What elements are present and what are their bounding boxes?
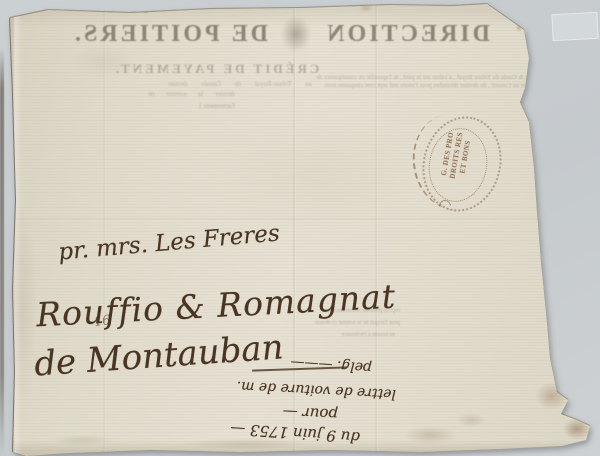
printed-dropcap: C — [550, 74, 562, 88]
photo-of-document: DIRECTION DE POITIERS. N. CRÉDIT DE PAYE… — [0, 0, 600, 456]
printed-paragraph: C omptable & Garde du Trésor Royal , à v… — [316, 74, 562, 90]
printed-table-row-3: au besoin à l'échéance — [270, 332, 395, 338]
printed-para-line1: omptable & Garde du Trésor Royal , à val… — [367, 74, 550, 81]
handwriting-number-mark: 16 — [93, 313, 111, 330]
printed-row-d: l'armement 1 — [135, 102, 235, 110]
printed-row-c: dernier la somme de — [55, 90, 235, 98]
printed-header-poitiers: DE POITIERS. — [72, 21, 268, 48]
docket-note-3: pour — — [274, 402, 339, 423]
printed-header: DIRECTION DE POITIERS. — [72, 16, 490, 52]
paper-sheet-wrap: DIRECTION DE POITIERS. N. CRÉDIT DE PAYE… — [0, 0, 600, 456]
printed-para-line3: pour l'année mil sept cent cinquante-tro… — [324, 82, 431, 89]
paper-sheet: DIRECTION DE POITIERS. N. CRÉDIT DE PAYE… — [0, 0, 600, 456]
printed-subheader: CRÉDIT DE PAYEMENT. — [100, 61, 332, 77]
ink-stamp: G. DES PRO DROITS RES ET BONS — [413, 108, 505, 220]
coat-of-arms-icon — [281, 16, 311, 52]
printed-number-label: N. — [535, 53, 545, 64]
printed-header-direction: DIRECTION — [324, 21, 490, 48]
printed-row-b: au Trésor-Royal de l'année dernier — [56, 80, 312, 88]
